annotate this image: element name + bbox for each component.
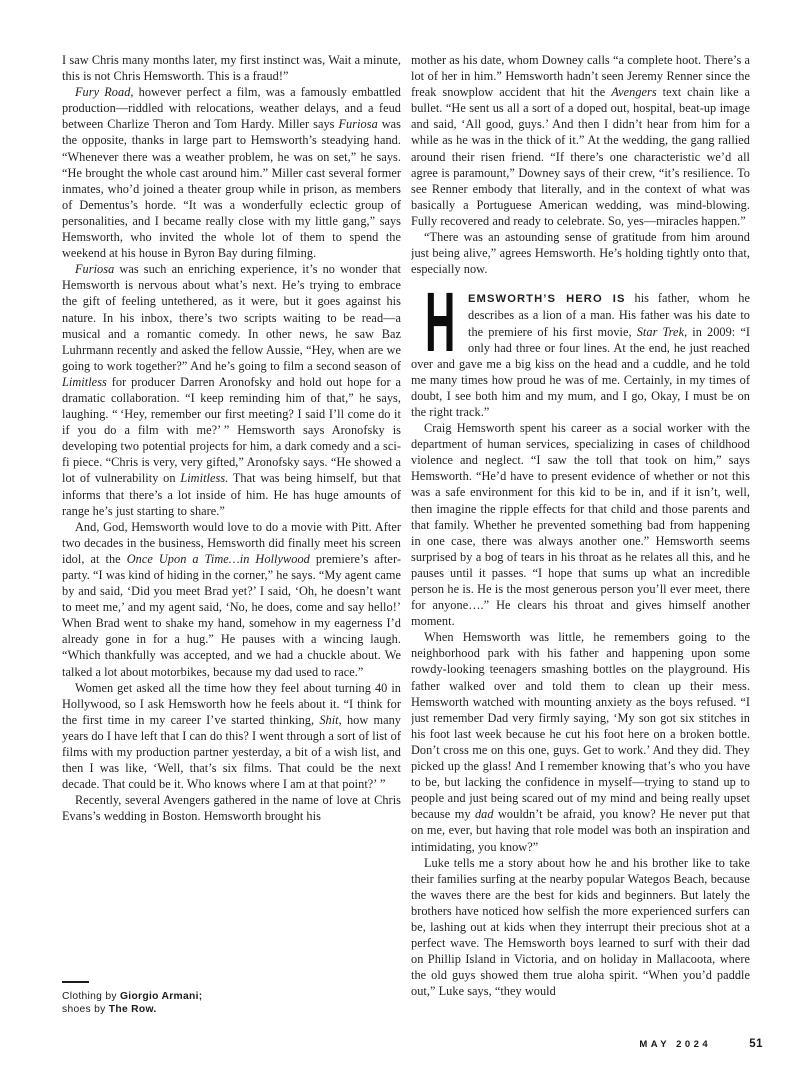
drop-cap-letter: H (425, 280, 455, 364)
lead-in-small-caps: EMSWORTH’S HERO IS (468, 293, 626, 305)
issue-date: MAY 2024 (639, 1039, 711, 1050)
paragraph: Furiosa was such an enriching experience… (62, 261, 401, 519)
drop-cap: H (425, 293, 453, 354)
credit-clothing-prefix: Clothing by (62, 991, 120, 1002)
paragraph: Luke tells me a story about how he and h… (411, 855, 750, 1000)
magazine-page: I saw Chris many months later, my first … (0, 0, 800, 1088)
paragraph: Recently, several Avengers gathered in t… (62, 792, 401, 824)
italic-text: dad (475, 807, 494, 821)
page-footer: MAY 2024 51 (411, 1038, 763, 1050)
credit-line-clothing: Clothing by Giorgio Armani; (62, 990, 202, 1004)
italic-text: Star Trek, (637, 325, 688, 339)
page-number: 51 (749, 1038, 763, 1050)
credit-clothing-brand: Giorgio Armani; (120, 991, 203, 1002)
italic-text: Fury Road, (75, 85, 134, 99)
paragraph: I saw Chris many months later, my first … (62, 52, 401, 84)
paragraph: HEMSWORTH’S HERO IS his father, whom he … (411, 290, 750, 420)
italic-text: Furiosa (75, 262, 114, 276)
italic-text: Limitless. (180, 471, 228, 485)
credit-divider (62, 981, 89, 983)
paragraph: Women get asked all the time how they fe… (62, 680, 401, 793)
credit-shoes-brand: The Row. (109, 1004, 157, 1015)
italic-text: Furiosa (338, 117, 377, 131)
italic-text: Limitless (62, 375, 107, 389)
credit-line-shoes: shoes by The Row. (62, 1003, 202, 1017)
left-column: I saw Chris many months later, my first … (62, 52, 401, 982)
credit-shoes-prefix: shoes by (62, 1004, 109, 1015)
fashion-credit: Clothing by Giorgio Armani; shoes by The… (62, 981, 202, 1017)
paragraph: Craig Hemsworth spent his career as a so… (411, 420, 750, 629)
right-column: mother as his date, whom Downey calls “a… (411, 52, 750, 1037)
paragraph: “There was an astounding sense of gratit… (411, 229, 750, 277)
paragraph: Fury Road, however perfect a film, was a… (62, 84, 401, 261)
paragraph: mother as his date, whom Downey calls “a… (411, 52, 750, 229)
paragraph: And, God, Hemsworth would love to do a m… (62, 519, 401, 680)
italic-text: Shit, (319, 713, 341, 727)
paragraph: When Hemsworth was little, he remembers … (411, 629, 750, 854)
italic-text: Avengers (611, 85, 656, 99)
italic-text: Once Upon a Time…in Hollywood (127, 552, 310, 566)
